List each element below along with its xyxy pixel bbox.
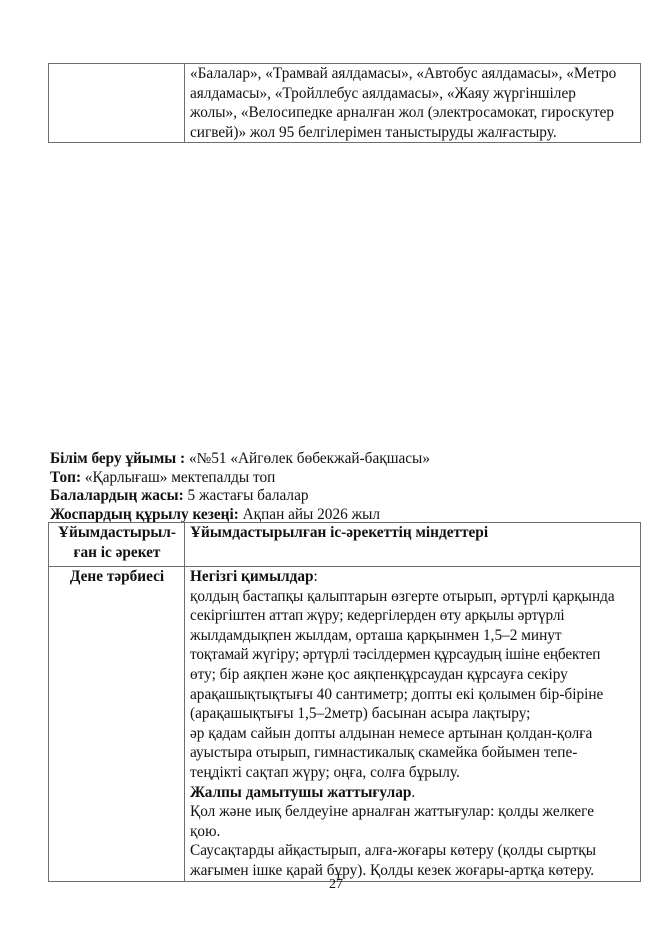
text-line: өту; бір аяқпен және қос аяқпенқұрсаудан… xyxy=(190,665,636,685)
header-tasks: Ұйымдастырылған іс-әрекеттің міндеттері xyxy=(185,523,641,567)
organization-line: Білім беру ұйымы : «№51 «Айгөлек бөбекжа… xyxy=(50,450,430,469)
header-tasks-text: Ұйымдастырылған іс-әрекеттің міндеттері xyxy=(190,524,488,541)
section-heading: Жалпы дамытушы жаттығулар. xyxy=(190,783,636,803)
text-line: жылдамдықпен жылдам, орташа қарқынмен 1,… xyxy=(190,626,636,646)
plan-metadata: Білім беру ұйымы : «№51 «Айгөлек бөбекжа… xyxy=(50,450,430,524)
text-line: сигвей)» жол 95 белгілерімен таныстыруды… xyxy=(190,123,636,143)
activity-cell: Дене тәрбиесі xyxy=(49,567,185,882)
activity-name: Дене тәрбиесі xyxy=(70,568,164,585)
page-number: 27 xyxy=(0,877,672,893)
document-page: «Балалар», «Трамвай аялдамасы», «Автобус… xyxy=(0,0,672,950)
organization-label: Білім беру ұйымы : xyxy=(50,450,185,467)
plan-table: Ұйымдастырыл- ған іс әрекет Ұйымдастырыл… xyxy=(48,522,641,882)
header-activity-line: ған іс әрекет xyxy=(54,543,180,563)
age-line: Балалардың жасы: 5 жастағы балалар xyxy=(50,487,430,506)
text-line: арақашықтықтығы 40 сантиметр; допты екі … xyxy=(190,685,636,705)
table-header-row: Ұйымдастырыл- ған іс әрекет Ұйымдастырыл… xyxy=(49,523,641,567)
group-line: Топ: «Қарлығаш» мектепалды топ xyxy=(50,469,430,488)
text-line: әр қадам сайын допты алдынан немесе арты… xyxy=(190,724,636,744)
text-line: (арақашықтығы 1,5–2метр) басынан асыра л… xyxy=(190,704,636,724)
text-line: Қол және иық белдеуіне арналған жаттығул… xyxy=(190,802,636,822)
section-title-suffix: : xyxy=(314,568,318,585)
section-title: Жалпы дамытушы жаттығулар xyxy=(190,784,411,801)
table-cell-empty xyxy=(49,64,185,143)
table-cell-content: «Балалар», «Трамвай аялдамасы», «Автобус… xyxy=(185,64,641,143)
organization-value: «№51 «Айгөлек бөбекжай-бақшасы» xyxy=(185,450,430,467)
text-line: теңдікті сақтап жүру; оңға, солға бұрылу… xyxy=(190,763,636,783)
age-value: 5 жастағы балалар xyxy=(184,487,309,504)
group-label: Топ: xyxy=(50,469,81,486)
section-title-suffix: . xyxy=(411,784,415,801)
text-line: ауыстыра отырып, гимнастикалық скамейка … xyxy=(190,743,636,763)
text-line: аялдамасы», «Тройллебус аялдамасы», «Жая… xyxy=(190,84,636,104)
period-label: Жоспардың құрылу кезеңі: xyxy=(50,506,239,523)
continuation-table: «Балалар», «Трамвай аялдамасы», «Автобус… xyxy=(48,63,641,143)
period-value: Ақпан айы 2026 жыл xyxy=(239,506,380,523)
section-title: Негізгі қимылдар xyxy=(190,568,314,585)
tasks-cell: Негізгі қимылдар: қолдың бастапқы қалыпт… xyxy=(185,567,641,882)
age-label: Балалардың жасы: xyxy=(50,487,184,504)
text-line: тоқтамай жүгіру; әртүрлі тәсілдермен құр… xyxy=(190,645,636,665)
text-line: қою. xyxy=(190,822,636,842)
text-line: Саусақтарды айқастырып, алға-жоғары көте… xyxy=(190,841,636,861)
group-value: «Қарлығаш» мектепалды топ xyxy=(81,469,275,486)
section-heading: Негізгі қимылдар: xyxy=(190,567,636,587)
table-row: «Балалар», «Трамвай аялдамасы», «Автобус… xyxy=(49,64,641,143)
header-activity: Ұйымдастырыл- ған іс әрекет xyxy=(49,523,185,567)
text-line: «Балалар», «Трамвай аялдамасы», «Автобус… xyxy=(190,64,636,84)
text-line: қолдың бастапқы қалыптарын өзгерте отыры… xyxy=(190,587,636,607)
header-activity-line: Ұйымдастырыл- xyxy=(54,523,180,543)
text-line: секіргіштен аттап жүру; кедергілерден өт… xyxy=(190,606,636,626)
text-line: жолы», «Велосипедке арналған жол (электр… xyxy=(190,103,636,123)
table-row: Дене тәрбиесі Негізгі қимылдар: қолдың б… xyxy=(49,567,641,882)
